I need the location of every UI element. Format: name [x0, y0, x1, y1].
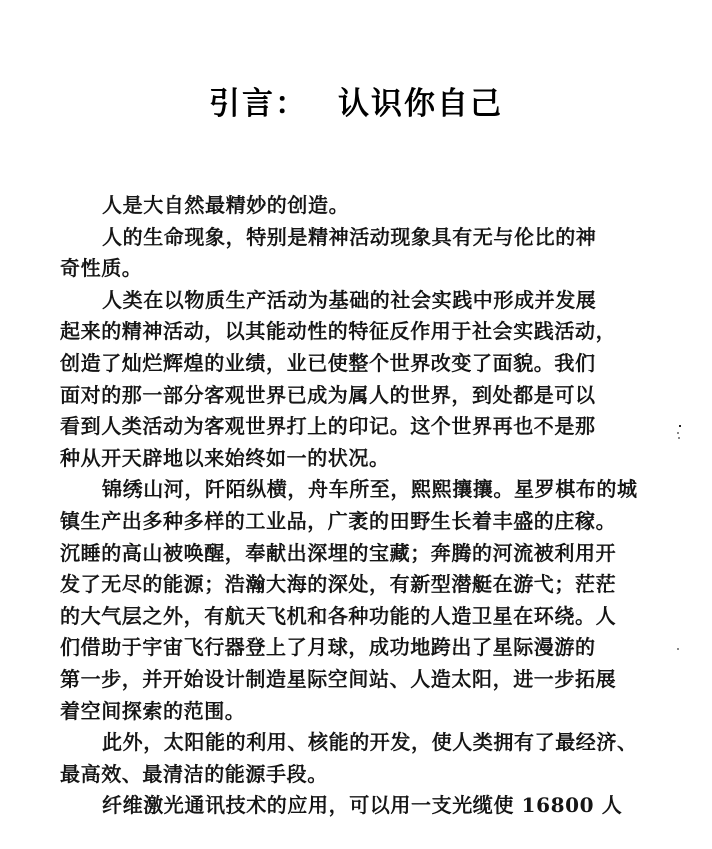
book-page: 引言：认识你自己 人是大自然最精妙的创造。 人的生命现象，特别是精神活动现象具有… [0, 0, 712, 849]
chapter-title-main: 认识你自己 [338, 86, 503, 122]
text-line: 的大气层之外，有航天飞机和各种功能的人造卫星在环绕。人 [60, 601, 630, 633]
scan-speck [678, 437, 680, 439]
text-line: 们借助于宇宙飞行器登上了月球，成功地跨出了星际漫游的 [60, 632, 630, 664]
text-line: 种从开天辟地以来始终如一的状况。 [60, 443, 630, 475]
text-line: 镇生产出多种多样的工业品，广袤的田野生长着丰盛的庄稼。 [60, 506, 630, 538]
text-line: 发了无尽的能源；浩瀚大海的深处，有新型潜艇在游弋；茫茫 [60, 569, 630, 601]
text-line: 面对的那一部分客观世界已成为属人的世界，到处都是可以 [60, 380, 630, 412]
text-line: 纤维激光通讯技术的应用，可以用一支光缆使 16800 人 [60, 790, 630, 822]
scan-speck [677, 432, 679, 434]
text-line: 此外，太阳能的利用、核能的开发，使人类拥有了最经济、 [60, 727, 630, 759]
text-line: 奇性质。 [60, 253, 630, 285]
scan-speck [679, 425, 681, 427]
text-line: 锦绣山河，阡陌纵横，舟车所至，熙熙攘攘。星罗棋布的城 [60, 474, 630, 506]
text-line: 沉睡的高山被唤醒，奉献出深埋的宝藏；奔腾的河流被利用开 [60, 538, 630, 570]
scan-speck [677, 648, 679, 650]
chapter-title: 引言：认识你自己 [0, 78, 712, 123]
text-line: 起来的精神活动，以其能动性的特征反作用于社会实践活动， [60, 316, 630, 348]
chapter-title-prefix: 引言： [209, 86, 308, 122]
text-line: 创造了灿烂辉煌的业绩，业已使整个世界改变了面貌。我们 [60, 348, 630, 380]
text-line: 着空间探索的范围。 [60, 696, 630, 728]
body-text: 人是大自然最精妙的创造。 人的生命现象，特别是精神活动现象具有无与伦比的神 奇性… [60, 190, 630, 822]
text-line: 人的生命现象，特别是精神活动现象具有无与伦比的神 [60, 222, 630, 254]
text-line: 人是大自然最精妙的创造。 [60, 190, 630, 222]
text-line: 看到人类活动为客观世界打上的印记。这个世界再也不是那 [60, 411, 630, 443]
text-line: 第一步，并开始设计制造星际空间站、人造太阳，进一步拓展 [60, 664, 630, 696]
text-line: 最高效、最清洁的能源手段。 [60, 759, 630, 791]
text-line: 人类在以物质生产活动为基础的社会实践中形成并发展 [60, 285, 630, 317]
